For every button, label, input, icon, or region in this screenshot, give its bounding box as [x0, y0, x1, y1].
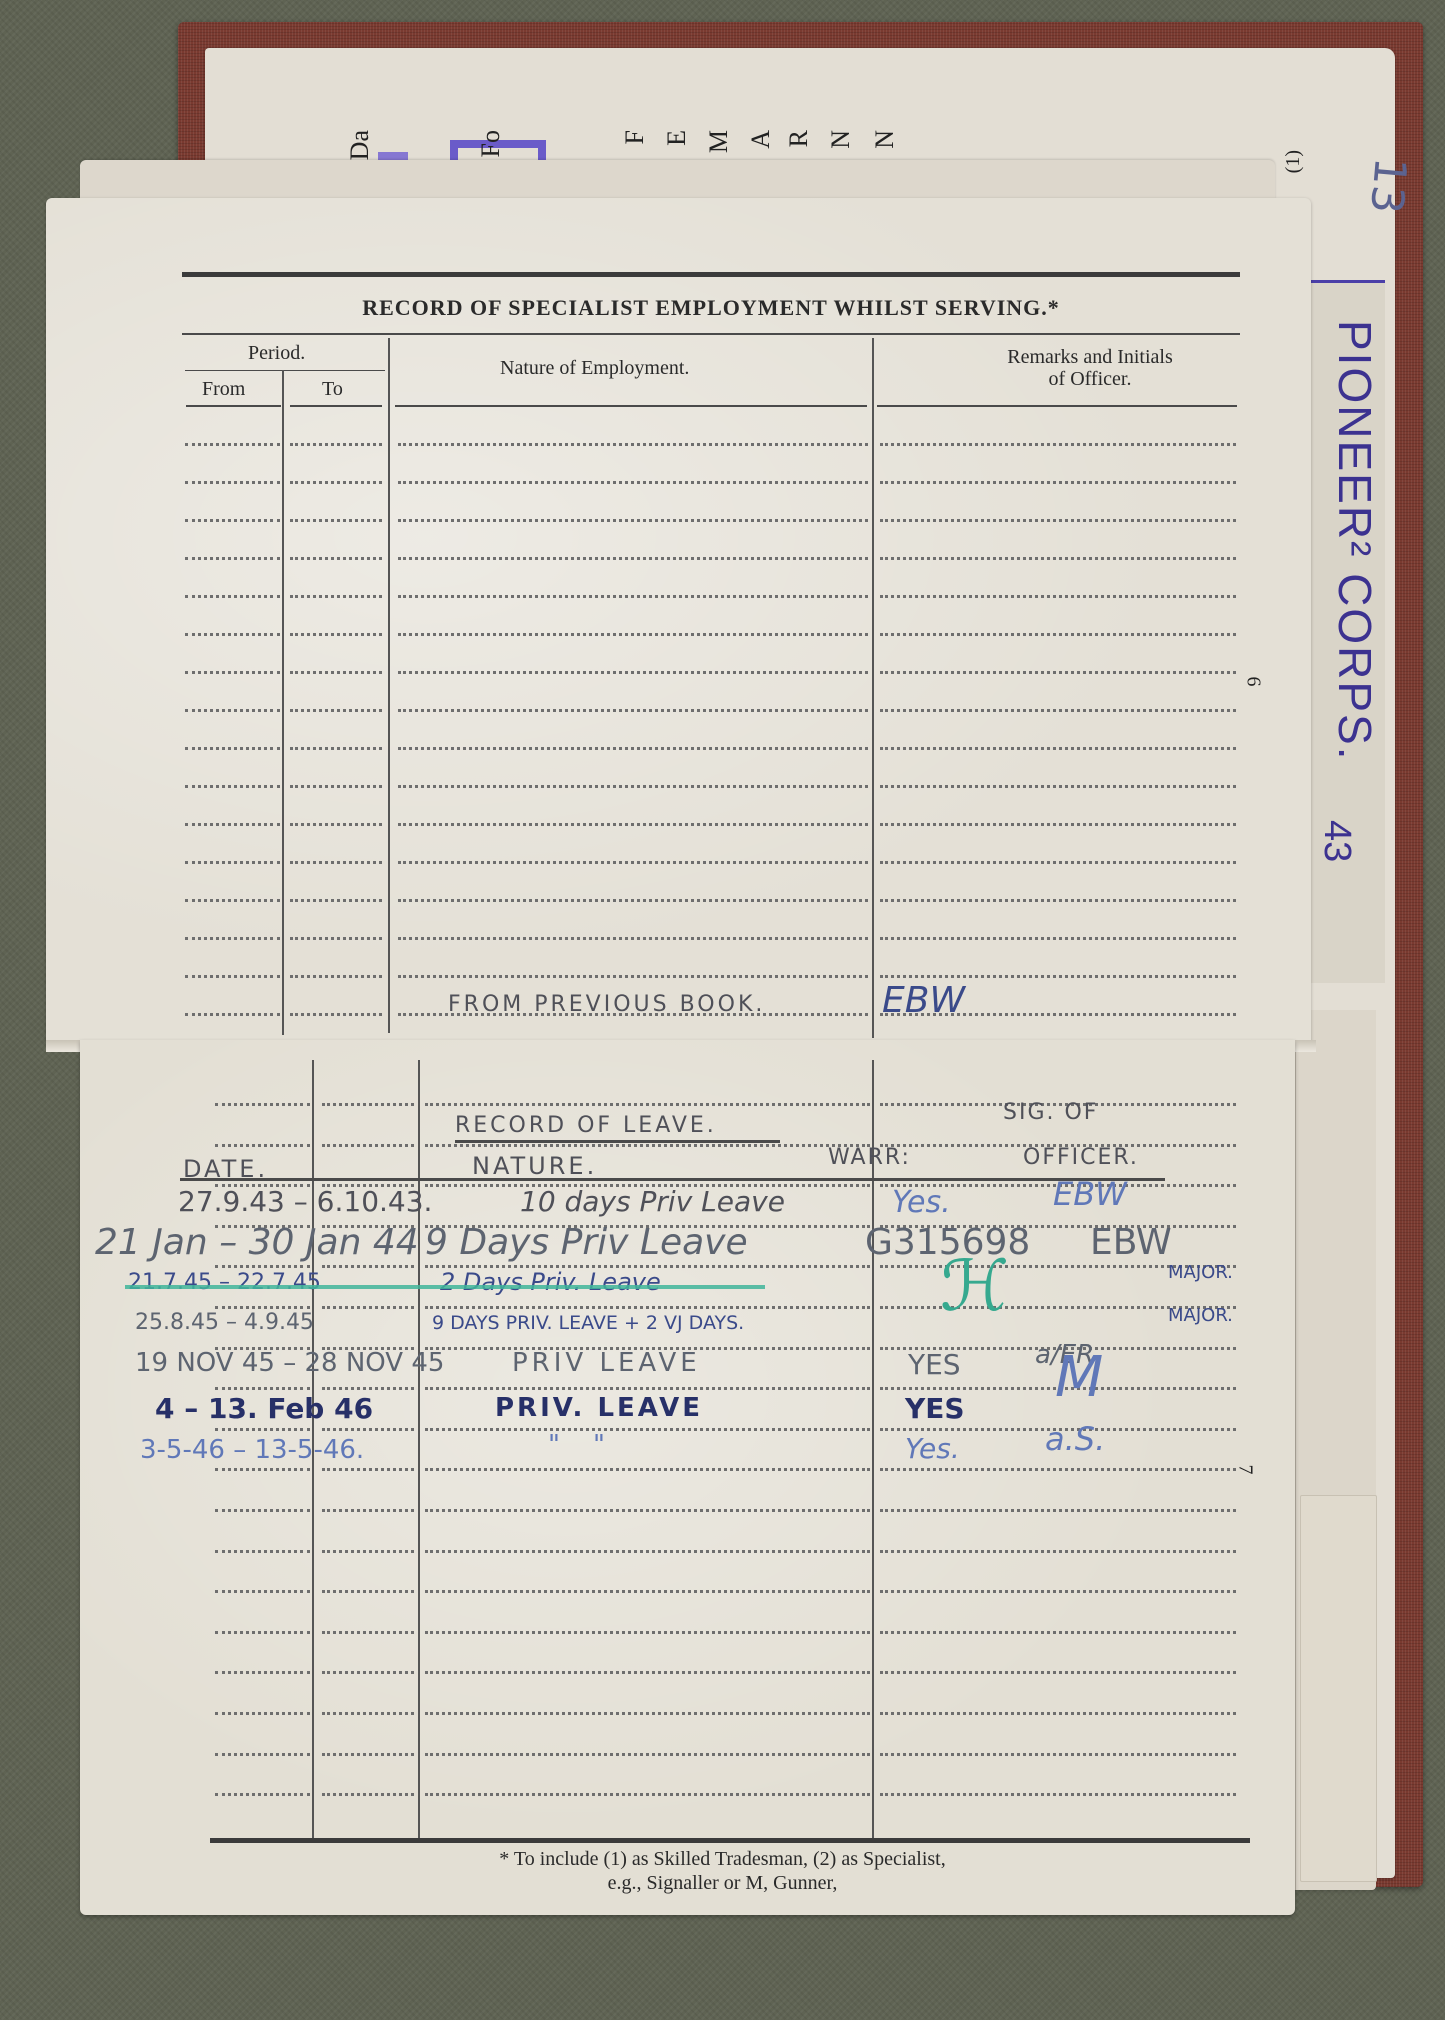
leave-warr: Yes.: [905, 1432, 960, 1465]
ruled-line: [398, 747, 868, 750]
ruled-line: [185, 671, 280, 674]
to-underline: [290, 405, 382, 407]
ruled-line: [425, 1509, 870, 1512]
ruled-line: [880, 785, 1236, 788]
ruled-line: [425, 1793, 870, 1796]
ruled-line: [215, 1306, 310, 1309]
ruled-line: [215, 1468, 310, 1471]
back-page-fragment: N: [870, 130, 900, 149]
leave-date: 19 NOV 45 – 28 NOV 45: [135, 1348, 444, 1378]
ruled-line: [880, 1468, 1236, 1471]
pencil-note: 13: [1360, 155, 1416, 215]
ruled-line: [215, 1712, 310, 1715]
leave-date: 21.7.45 – 22.7.45: [128, 1270, 321, 1295]
leave-warr: Yes.: [892, 1185, 951, 1220]
ruled-line: [322, 1428, 414, 1431]
ruled-line: [880, 1793, 1236, 1796]
leave-date: 3-5-46 – 13-5-46.: [140, 1435, 364, 1465]
column-header-remarks: Remarks and Initials: [940, 346, 1240, 369]
column-divider: [872, 1060, 874, 1840]
ruled-line: [425, 1590, 870, 1593]
back-page-fragment: E: [662, 130, 692, 146]
ruled-line: [322, 1265, 414, 1268]
ruled-line: [322, 1753, 414, 1756]
leave-date: 21 Jan – 30 Jan 44: [95, 1222, 419, 1263]
ruled-line: [880, 557, 1236, 560]
leave-warr: YES: [905, 1392, 965, 1425]
ruled-line: [398, 633, 868, 636]
spine-label-number: 43: [1315, 820, 1358, 862]
column-divider: [872, 338, 874, 1038]
ruled-line: [215, 1550, 310, 1553]
ruled-line: [880, 1753, 1236, 1756]
officer-signature: EBW: [1053, 1175, 1127, 1213]
back-page-fragment: N: [826, 130, 856, 149]
ruled-line: [185, 861, 280, 864]
ruled-line: [425, 1712, 870, 1715]
ruled-line: [880, 747, 1236, 750]
ruled-line: [880, 899, 1236, 902]
ruled-line: [322, 1306, 414, 1309]
ruled-line: [322, 1712, 414, 1715]
footer-rule: [210, 1838, 1250, 1843]
ruled-line: [880, 595, 1236, 598]
ruled-line: [398, 975, 868, 978]
ruled-line: [398, 785, 868, 788]
column-header-to: To: [322, 378, 343, 401]
ruled-line: [215, 1144, 310, 1147]
ruled-line: [322, 1793, 414, 1796]
page-title: RECORD OF SPECIALIST EMPLOYMENT WHILST S…: [182, 295, 1240, 321]
officer-scrawl: M: [1055, 1345, 1103, 1410]
ruled-line: [290, 633, 382, 636]
green-signature-mark: ℋ: [940, 1245, 1009, 1327]
column-divider: [282, 370, 284, 1035]
ruled-line: [215, 1631, 310, 1634]
ruled-line: [880, 1631, 1236, 1634]
officer-initials: EBW: [882, 980, 965, 1021]
title-top-rule: [182, 272, 1240, 277]
ruled-line: [880, 481, 1236, 484]
ruled-line: [290, 747, 382, 750]
ruled-line: [322, 1468, 414, 1471]
ruled-line: [398, 671, 868, 674]
ruled-line: [215, 1265, 310, 1268]
ruled-line: [290, 823, 382, 826]
back-page-fragment: Da: [345, 130, 375, 160]
officer-signature: a.S.: [1045, 1420, 1105, 1458]
ruled-line: [290, 443, 382, 446]
ruled-line: [880, 1590, 1236, 1593]
back-page-fragment: M: [704, 130, 734, 153]
ruled-line: [880, 633, 1236, 636]
ruled-line: [880, 443, 1236, 446]
ruled-line: [290, 975, 382, 978]
from-underline: [186, 405, 281, 407]
footnote-line2: e.g., Signaller or M, Gunner,: [0, 1872, 1445, 1895]
column-divider: [418, 1060, 420, 1840]
ruled-line: [215, 1590, 310, 1593]
leave-note: MAJOR.: [1168, 1262, 1233, 1283]
column-header-remarks-line2: of Officer.: [940, 368, 1240, 391]
handwritten-from-previous-book: FROM PREVIOUS BOOK.: [448, 992, 765, 1017]
ruled-line: [880, 1712, 1236, 1715]
spine-label-corps: PIONEER² CORPS.: [1328, 320, 1382, 762]
ruled-line: [185, 975, 280, 978]
leave-nature: 10 days Priv Leave: [520, 1185, 785, 1218]
back-page-fragment: (1): [1282, 150, 1305, 173]
ruled-line: [425, 1753, 870, 1756]
ruled-line: [322, 1671, 414, 1674]
ruled-line: [425, 1306, 870, 1309]
ruled-line: [398, 557, 868, 560]
ruled-line: [398, 519, 868, 522]
ruled-line: [185, 747, 280, 750]
leave-nature: 9 Days Priv Leave: [425, 1222, 748, 1263]
ruled-line: [215, 1753, 310, 1756]
officer-label: OFFICER.: [1023, 1145, 1139, 1170]
leave-title-underline: [455, 1140, 780, 1143]
ruled-line: [290, 557, 382, 560]
leave-record-title: RECORD OF LEAVE.: [455, 1113, 717, 1138]
back-page-fragment: F: [620, 130, 650, 144]
ruled-line: [290, 785, 382, 788]
ruled-line: [398, 823, 868, 826]
leave-nature: PRIV. LEAVE: [495, 1393, 703, 1423]
ruled-line: [425, 1468, 870, 1471]
column-header-from: From: [202, 378, 245, 401]
ruled-line: [398, 899, 868, 902]
ruled-line: [185, 443, 280, 446]
ruled-line: [185, 557, 280, 560]
middle-sheet-edge: [80, 160, 1275, 200]
ruled-line: [880, 1671, 1236, 1674]
ruled-line: [185, 899, 280, 902]
ruled-line: [880, 671, 1236, 674]
column-header-period: Period.: [248, 342, 305, 365]
ruled-line: [398, 595, 868, 598]
ruled-line: [322, 1387, 414, 1390]
ruled-line: [322, 1509, 414, 1512]
ruled-line: [880, 861, 1236, 864]
page-number-7: 7: [1234, 1465, 1257, 1475]
ruled-line: [398, 443, 868, 446]
leave-date: 25.8.45 – 4.9.45: [135, 1310, 314, 1335]
ruled-line: [290, 595, 382, 598]
back-page-fragment: Fo: [476, 130, 506, 157]
ruled-line: [290, 519, 382, 522]
ruled-line: [880, 937, 1236, 940]
ruled-line: [425, 1144, 870, 1147]
ruled-line: [290, 709, 382, 712]
ruled-line: [425, 1103, 870, 1106]
ruled-line: [215, 1387, 310, 1390]
period-rule: [185, 370, 385, 371]
ruled-line: [185, 823, 280, 826]
ruled-line: [185, 937, 280, 940]
ruled-line: [880, 975, 1236, 978]
ruled-line: [215, 1103, 310, 1106]
leave-nature: PRIV LEAVE: [512, 1348, 701, 1378]
ruled-line: [290, 1013, 382, 1016]
ruled-line: [290, 899, 382, 902]
ruled-line: [185, 709, 280, 712]
ruled-line: [215, 1793, 310, 1796]
ruled-line: [880, 519, 1236, 522]
footnote-line1: * To include (1) as Skilled Tradesman, (…: [0, 1848, 1445, 1871]
header-underline: [180, 1178, 1165, 1181]
top-page: [46, 198, 1311, 1043]
ruled-line: [185, 633, 280, 636]
ruled-line: [185, 1013, 280, 1016]
ruled-line: [425, 1387, 870, 1390]
nature-label: NATURE.: [472, 1152, 597, 1180]
ruled-line: [425, 1631, 870, 1634]
ruled-line: [398, 861, 868, 864]
ruled-line: [425, 1550, 870, 1553]
ruled-line: [215, 1428, 310, 1431]
page-number-6: 6: [1242, 677, 1265, 687]
ruled-line: [322, 1103, 414, 1106]
column-divider: [388, 338, 390, 1033]
ruled-line: [425, 1428, 870, 1431]
ruled-line: [185, 595, 280, 598]
ruled-line: [290, 481, 382, 484]
sig-of-label: SIG. OF: [1003, 1100, 1098, 1125]
ruled-line: [185, 481, 280, 484]
ruled-line: [880, 1550, 1236, 1553]
ruled-line: [880, 709, 1236, 712]
ruled-line: [398, 709, 868, 712]
green-strikethrough: [125, 1285, 765, 1289]
inner-pocket: [1300, 1495, 1377, 1882]
back-page-fragment: A: [746, 130, 776, 149]
ruled-line: [290, 671, 382, 674]
ruled-line: [322, 1631, 414, 1634]
ruled-line: [398, 481, 868, 484]
header-rule: [182, 333, 1240, 335]
nature-underline: [395, 405, 867, 407]
ruled-line: [322, 1550, 414, 1553]
leave-nature: 9 DAYS PRIV. LEAVE + 2 VJ DAYS.: [432, 1312, 744, 1334]
leave-date: 4 – 13. Feb 46: [155, 1392, 373, 1425]
ruled-line: [880, 823, 1236, 826]
ruled-line: [215, 1671, 310, 1674]
ruled-line: [185, 519, 280, 522]
ruled-line: [322, 1590, 414, 1593]
warr-label: WARR:: [828, 1145, 911, 1170]
ruled-line: [215, 1509, 310, 1512]
ruled-line: [322, 1144, 414, 1147]
leave-nature-ditto: " ": [548, 1430, 605, 1460]
leave-note: MAJOR.: [1168, 1305, 1233, 1326]
ruled-line: [425, 1671, 870, 1674]
officer-signature: EBW: [1090, 1222, 1172, 1263]
ruled-line: [290, 861, 382, 864]
leave-nature: 2 Days Priv. Leave: [440, 1268, 661, 1296]
ruled-line: [185, 785, 280, 788]
ruled-line: [290, 937, 382, 940]
ruled-line: [880, 1509, 1236, 1512]
ruled-line: [398, 937, 868, 940]
remarks-underline: [877, 405, 1237, 407]
back-page-fragment: R: [784, 130, 814, 147]
column-header-nature: Nature of Employment.: [500, 357, 689, 380]
leave-date: 27.9.43 – 6.10.43.: [178, 1185, 432, 1218]
leave-warr: YES: [908, 1348, 961, 1381]
